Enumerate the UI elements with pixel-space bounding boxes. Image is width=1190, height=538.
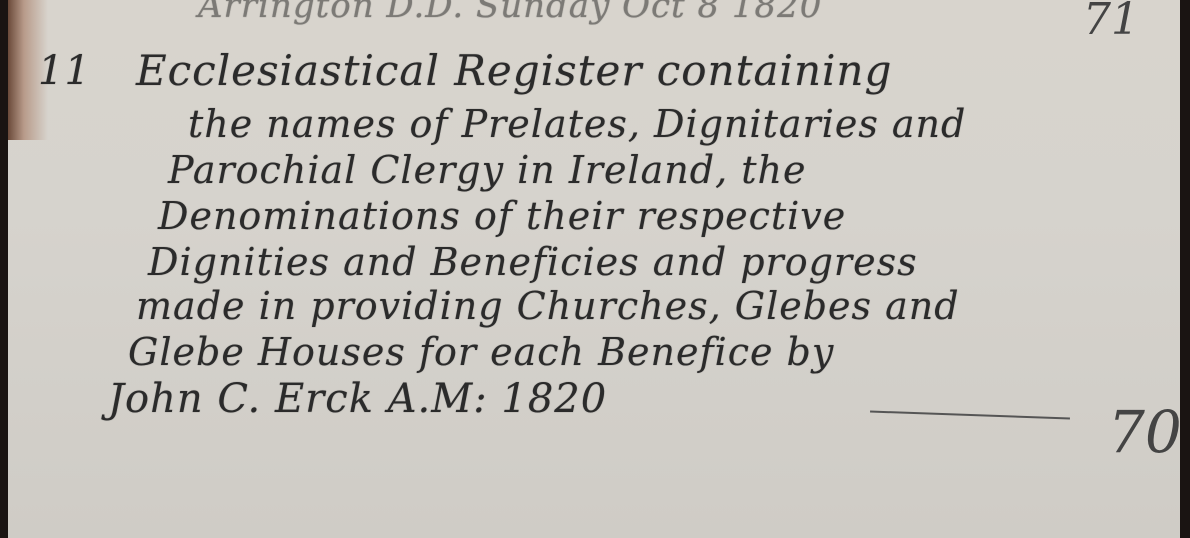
entry-line-3: Parochial Clergy in Ireland, the — [168, 148, 806, 192]
leader-line — [870, 411, 1070, 420]
previous-entry-tail: Arrington D.D. Sunday Oct 8 1820 — [198, 0, 822, 26]
page-edge-shadow — [1180, 0, 1190, 538]
entry-line-4: Denominations of their respective — [158, 194, 846, 238]
entry-line-6: made in providing Churches, Glebes and — [136, 284, 960, 328]
entry-line-8: John C. Erck A.M: 1820 — [108, 376, 607, 422]
entry-line-2: the names of Prelates, Dignitaries and — [188, 102, 966, 146]
entry-line-1: Ecclesiastical Register containing — [136, 46, 892, 95]
entry-number: 11 — [38, 48, 91, 94]
page-number: 70 — [1108, 398, 1180, 466]
manuscript-page: Arrington D.D. Sunday Oct 8 1820 71 11 E… — [8, 0, 1180, 538]
previous-page-number: 71 — [1083, 0, 1139, 45]
entry-line-7: Glebe Houses for each Benefice by — [128, 330, 834, 374]
entry-line-5: Dignities and Beneficies and progress — [148, 240, 918, 284]
